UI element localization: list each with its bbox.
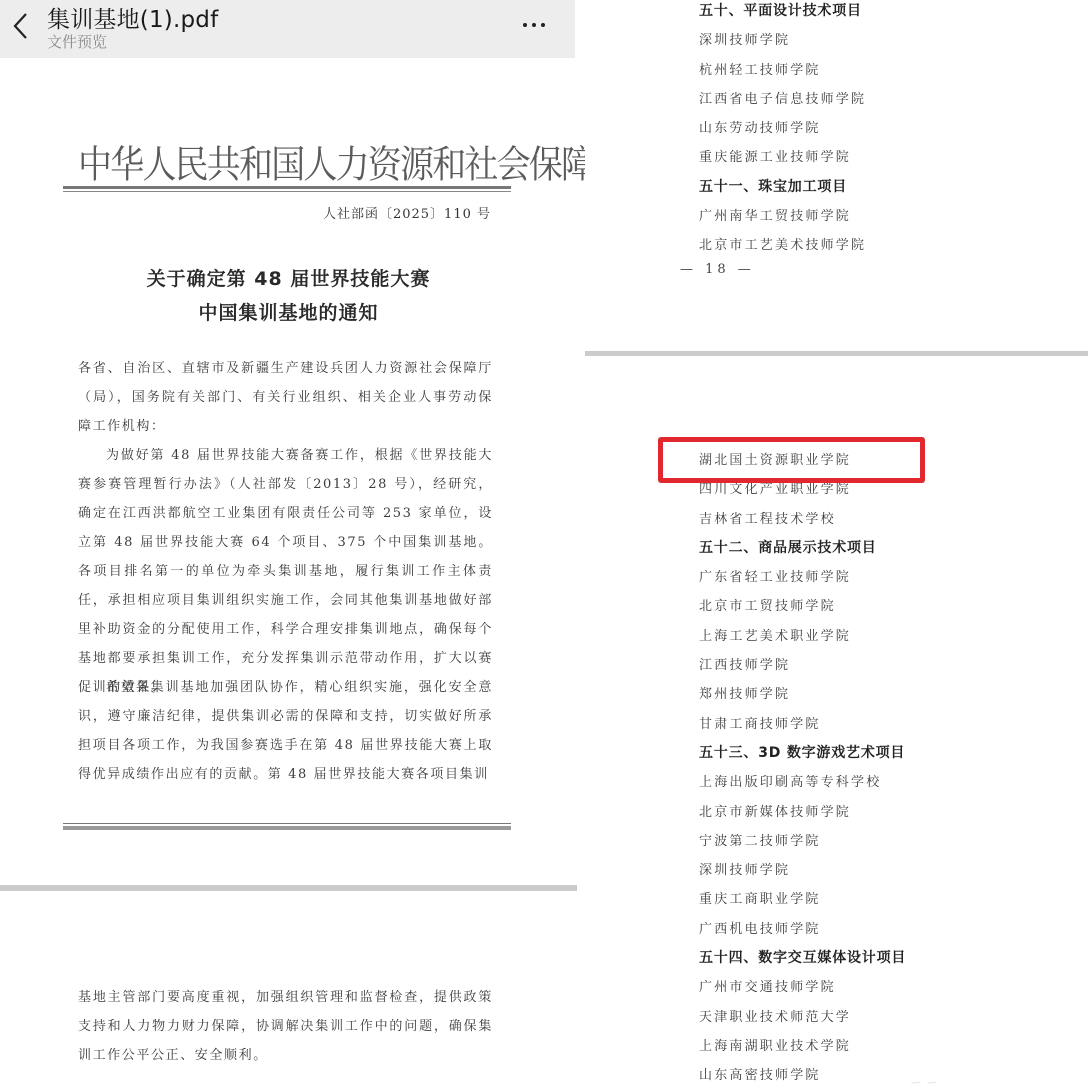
watermark-icon: ∽ ∽ [910, 1075, 970, 1088]
training-base-list-screen: 五十、平面设计技术项目 深圳技师学院 杭州轻工技师学院 江西省电子信息技师学院 … [585, 0, 1088, 1088]
back-button[interactable] [4, 6, 38, 46]
list-item: 山东高密技师学院 [699, 1061, 906, 1088]
page-18-list: 五十、平面设计技术项目 深圳技师学院 杭州轻工技师学院 江西省电子信息技师学院 … [699, 0, 866, 261]
ellipsis-icon-dot [532, 23, 536, 27]
addressee-paragraph: 各省、自治区、直辖市及新疆生产建设兵团人力资源社会保障厅（局），国务院有关部门、… [78, 354, 493, 441]
body-paragraph-3: 基地主管部门要高度重视，加强组织管理和监督检查，提供政策支持和人力物力财力保障，… [78, 983, 493, 1070]
project-heading: 五十二、商品展示技术项目 [699, 534, 906, 563]
project-heading: 五十、平面设计技术项目 [699, 0, 866, 26]
list-item: 上海出版印刷高等专科学校 [699, 768, 906, 797]
list-item: 北京市新媒体技师学院 [699, 798, 906, 827]
page-19-list: 湖北国土资源职业学院 四川文化产业职业学院 吉林省工程技术学校 五十二、商品展示… [699, 446, 906, 1088]
page-separator [585, 351, 1088, 356]
list-item: 宁波第二技师学院 [699, 827, 906, 856]
list-item: 郑州技师学院 [699, 680, 906, 709]
list-item: 深圳技师学院 [699, 856, 906, 885]
list-item: 江西省电子信息技师学院 [699, 85, 866, 114]
list-item: 北京市工艺美术技师学院 [699, 231, 866, 260]
footer-double-rule [63, 823, 511, 830]
pdf-page-1: 中华人民共和国人力资源和社会保障部 人社部函〔2025〕110 号 关于确定第 … [0, 58, 577, 885]
top-app-bar: 集训基地(1).pdf 文件预览 [0, 0, 575, 58]
red-highlight-box [658, 437, 925, 483]
chevron-left-icon [12, 12, 30, 40]
list-item: 杭州轻工技师学院 [699, 56, 866, 85]
document-title-line-1: 关于确定第 48 届世界技能大赛 [0, 264, 577, 291]
list-item: 深圳技师学院 [699, 26, 866, 55]
project-heading: 五十一、珠宝加工项目 [699, 173, 866, 202]
file-preview-subtitle: 文件预览 [47, 31, 107, 52]
project-heading: 五十四、数字交互媒体设计项目 [699, 944, 906, 973]
list-item: 吉林省工程技术学校 [699, 505, 906, 534]
issuing-ministry-header: 中华人民共和国人力资源和社会保障部 [78, 134, 518, 189]
header-double-rule [63, 186, 511, 192]
list-item: 上海南湖职业技术学院 [699, 1032, 906, 1061]
page-number: — 18 — [680, 262, 755, 277]
list-item: 广州南华工贸技师学院 [699, 202, 866, 231]
pdf-preview-screen: 集训基地(1).pdf 文件预览 中华人民共和国人力资源和社会保障部 人社部函〔… [0, 0, 577, 1088]
project-heading: 五十三、3D 数字游戏艺术项目 [699, 739, 906, 768]
pdf-page-2: 基地主管部门要高度重视，加强组织管理和监督检查，提供政策支持和人力物力财力保障，… [0, 891, 577, 1088]
collage-canvas: 集训基地(1).pdf 文件预览 中华人民共和国人力资源和社会保障部 人社部函〔… [0, 0, 1088, 1088]
file-name-title: 集训基地(1).pdf [47, 1, 218, 34]
list-item: 广西机电技师学院 [699, 915, 906, 944]
list-item: 山东劳动技师学院 [699, 114, 866, 143]
list-item: 重庆能源工业技师学院 [699, 143, 866, 172]
document-title-line-2: 中国集训基地的通知 [0, 298, 577, 325]
body-paragraph-1: 为做好第 48 届世界技能大赛备赛工作，根据《世界技能大赛参赛管理暂行办法》（人… [78, 441, 493, 702]
document-number: 人社部函〔2025〕110 号 [323, 203, 491, 222]
list-item: 天津职业技术师范大学 [699, 1003, 906, 1032]
list-item: 江西技师学院 [699, 651, 906, 680]
list-item: 广东省轻工业技师学院 [699, 563, 906, 592]
list-item: 北京市工贸技师学院 [699, 592, 906, 621]
ellipsis-icon-dot [523, 23, 527, 27]
list-item: 甘肃工商技师学院 [699, 710, 906, 739]
body-paragraph-2: 希望各集训基地加强团队协作，精心组织实施，强化安全意识，遵守廉洁纪律，提供集训必… [78, 673, 493, 789]
ellipsis-icon-dot [541, 23, 545, 27]
list-item: 上海工艺美术职业学院 [699, 622, 906, 651]
list-item: 广州市交通技师学院 [699, 973, 906, 1002]
list-item: 重庆工商职业学院 [699, 885, 906, 914]
more-options-button[interactable] [512, 12, 556, 38]
